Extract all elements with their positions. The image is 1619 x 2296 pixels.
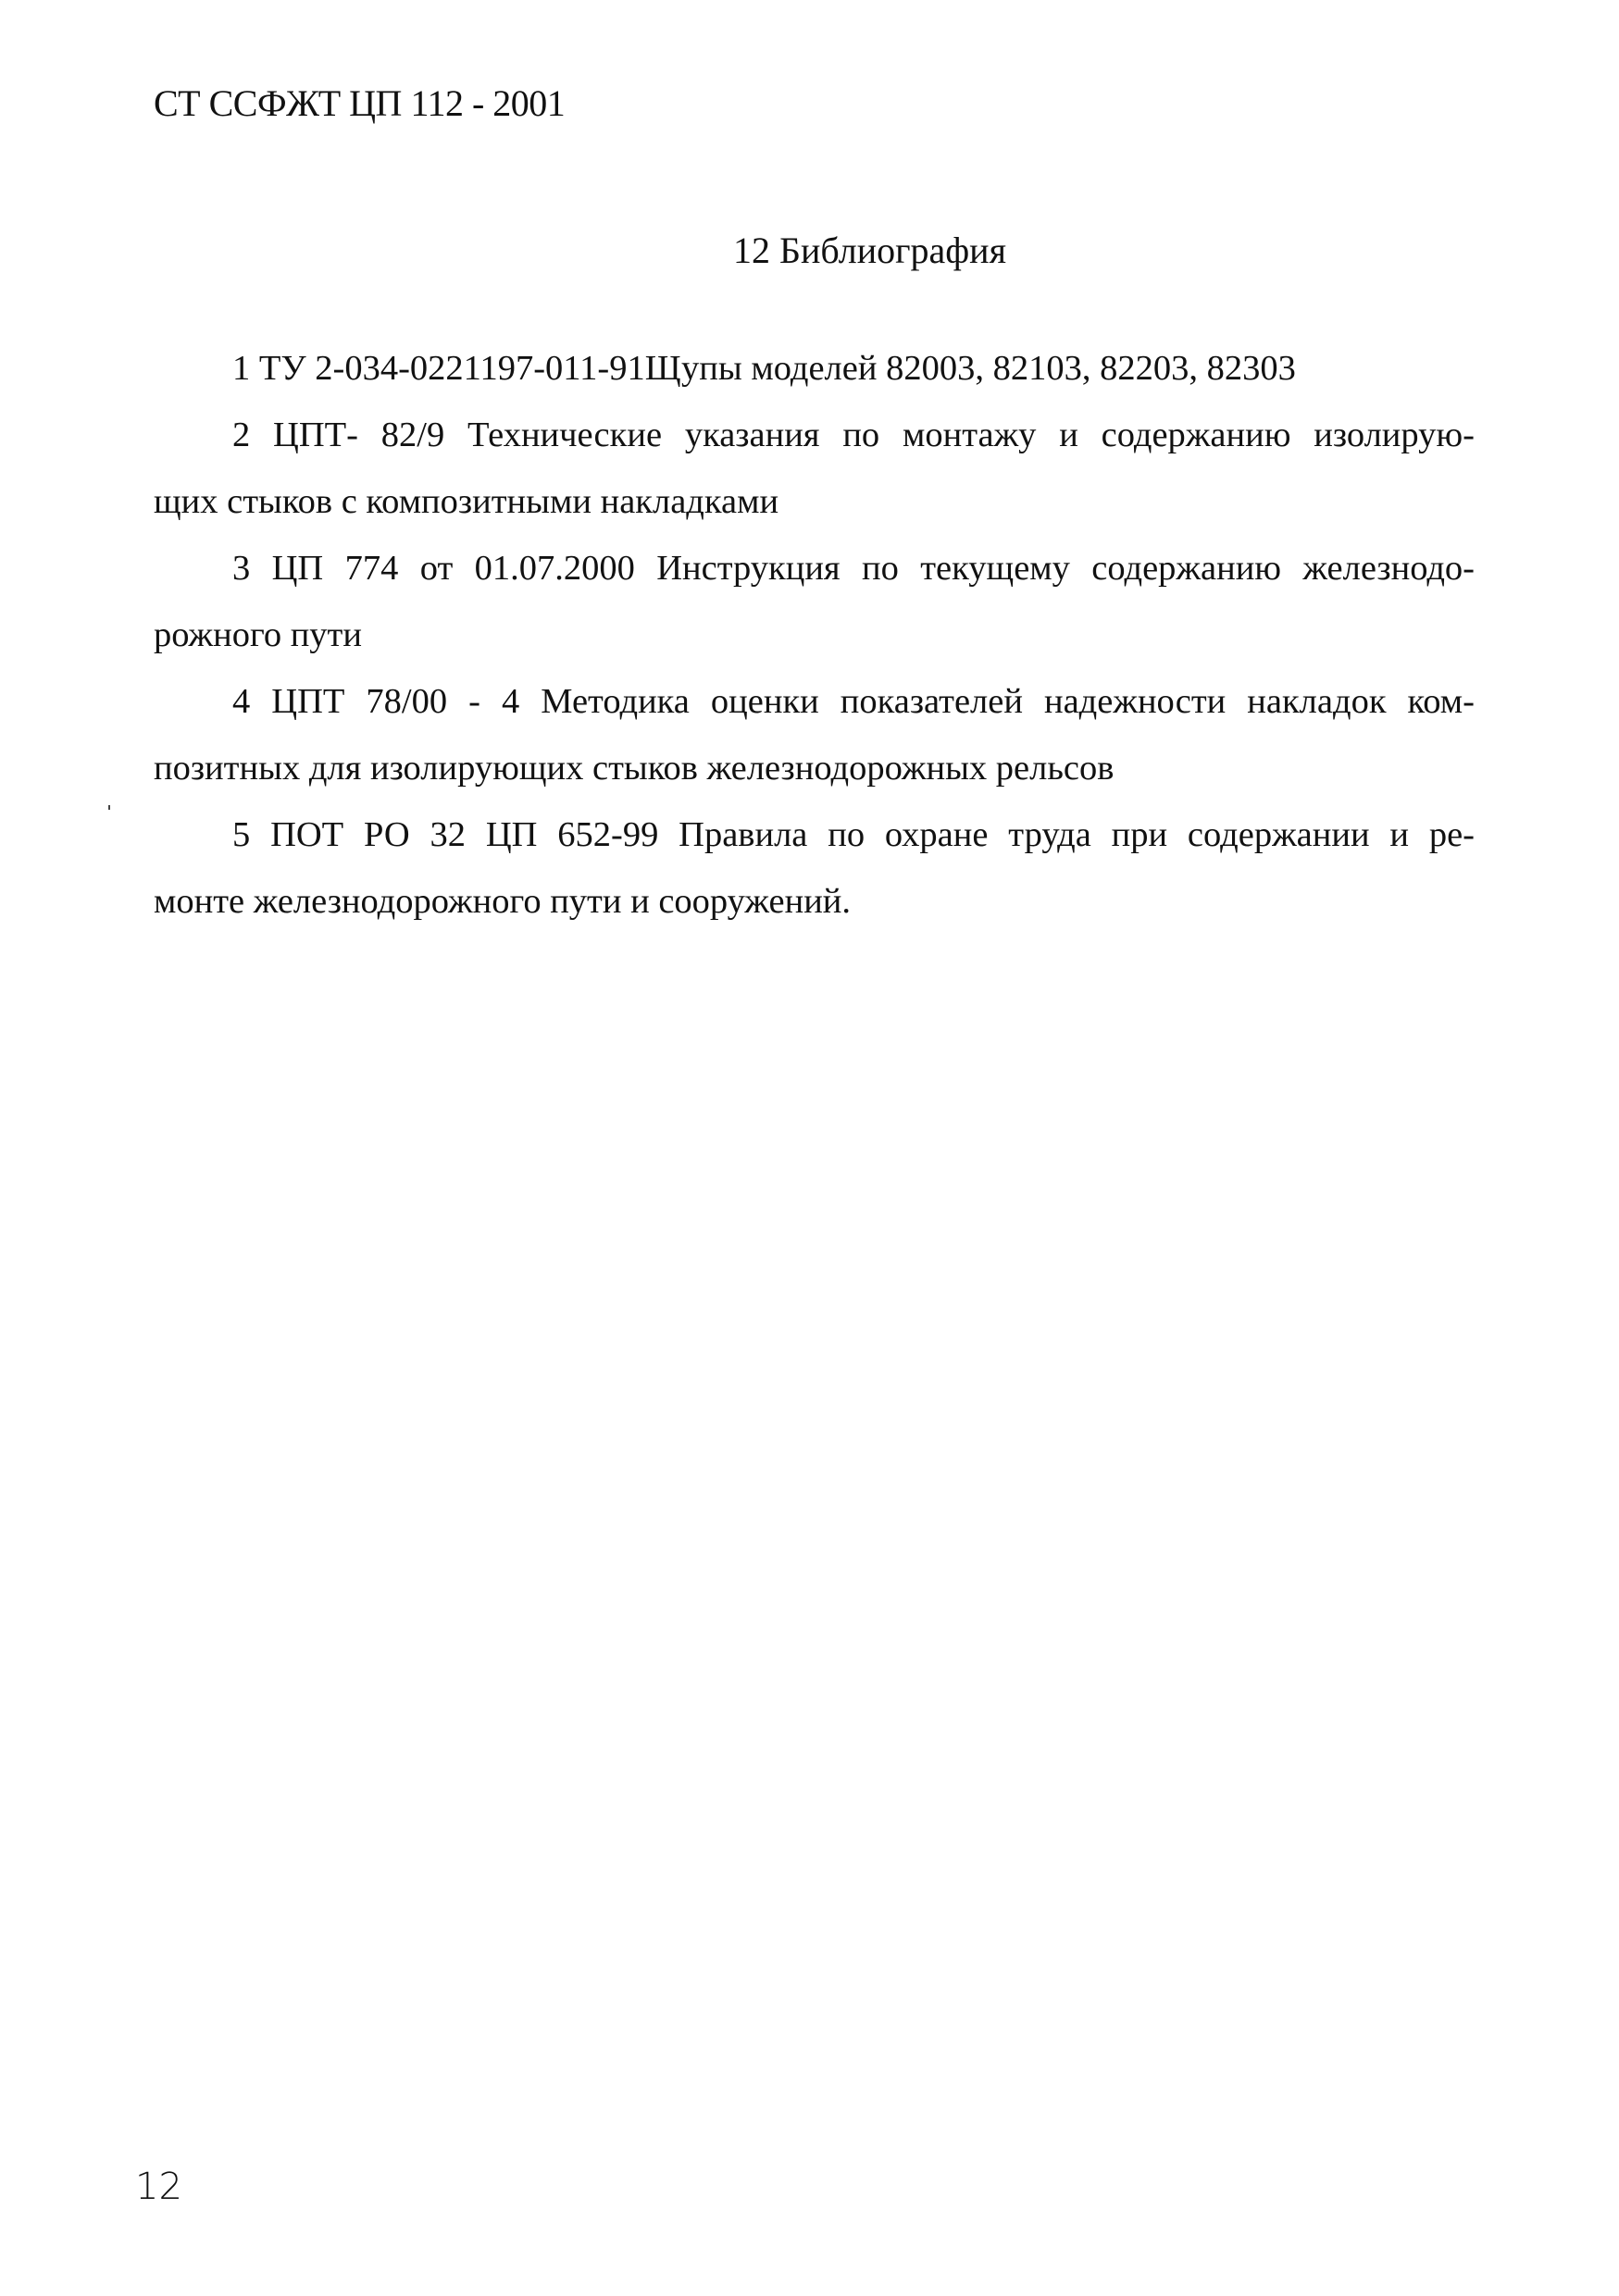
bibliography-item-1: 1 ТУ 2-034-0221197-011-91Щупы моделей 82… xyxy=(154,335,1475,402)
section-title: 12 Библиография xyxy=(0,229,1619,272)
bibliography-item-3-line-1: 3 ЦП 774 от 01.07.2000 Инструкция по тек… xyxy=(154,535,1475,602)
bibliography-item-2-line-2: щих стыков с композитными накладками xyxy=(154,468,1475,535)
bibliography-item-4-line-2: позитных для изолирующих стыков железнод… xyxy=(154,735,1475,801)
bibliography-item-5-line-1: 5 ПОТ РО 32 ЦП 652-99 Правила по охране … xyxy=(154,801,1475,868)
bibliography-item-1-line-1: 1 ТУ 2-034-0221197-011-91Щупы моделей 82… xyxy=(154,335,1475,402)
bibliography-item-4: 4 ЦПТ 78/00 - 4 Методика оценки показате… xyxy=(154,668,1475,801)
bibliography-item-5: 5 ПОТ РО 32 ЦП 652-99 Правила по охране … xyxy=(154,801,1475,935)
bibliography-item-4-line-1: 4 ЦПТ 78/00 - 4 Методика оценки показате… xyxy=(154,668,1475,735)
bibliography-item-5-line-2: монте железнодорожного пути и сооружений… xyxy=(154,868,1475,935)
bibliography-list: 1 ТУ 2-034-0221197-011-91Щупы моделей 82… xyxy=(154,335,1475,935)
bibliography-item-2-line-1: 2 ЦПТ- 82/9 Технические указания по монт… xyxy=(154,402,1475,468)
scan-artifact-mark xyxy=(108,805,110,810)
page-number: 12 xyxy=(135,2166,182,2208)
bibliography-item-2: 2 ЦПТ- 82/9 Технические указания по монт… xyxy=(154,402,1475,535)
bibliography-item-3: 3 ЦП 774 от 01.07.2000 Инструкция по тек… xyxy=(154,535,1475,668)
bibliography-item-3-line-2: рожного пути xyxy=(154,602,1475,668)
document-code-header: СТ ССФЖТ ЦП 112 - 2001 xyxy=(154,81,565,125)
